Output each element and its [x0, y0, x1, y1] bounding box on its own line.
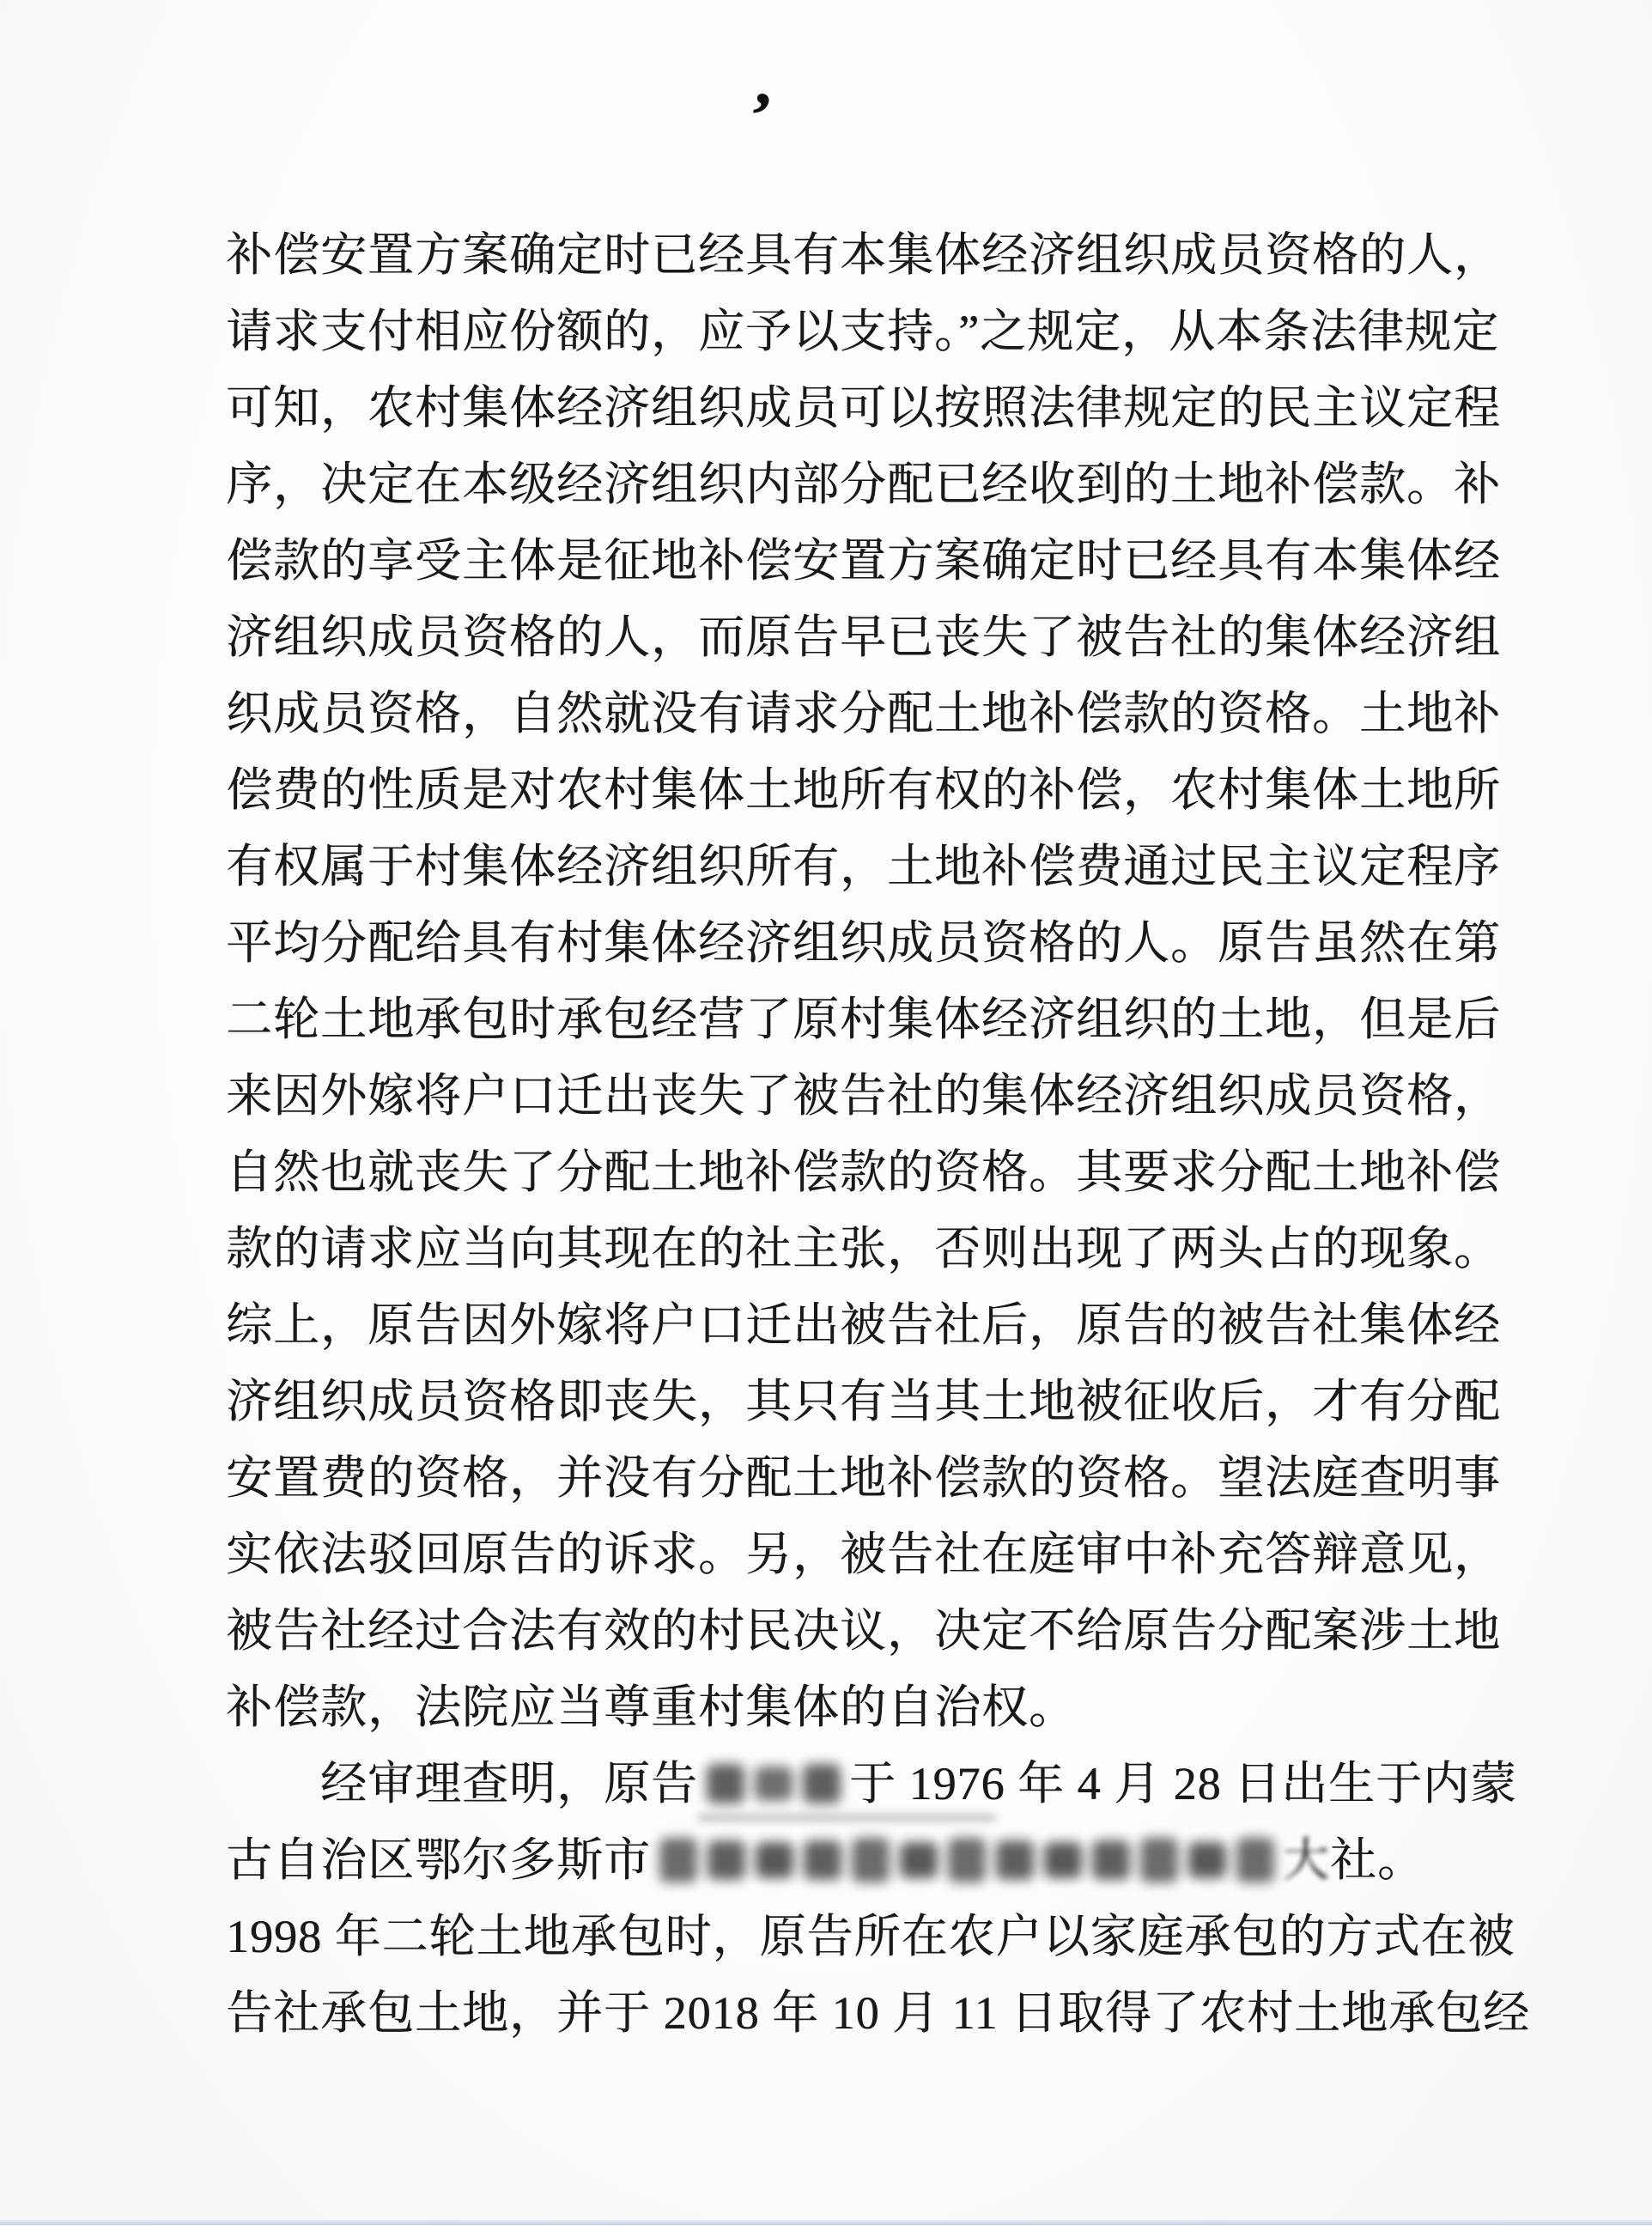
scan-bottom-edge [0, 2220, 1652, 2225]
redaction-blob [1236, 1838, 1274, 1882]
stray-ink-mark: ’ [744, 81, 776, 150]
text-line: 偿款的享受主体是征地补偿安置方案确定时已经具有本集体经 [226, 523, 1574, 599]
text-line: 实依法驳回原告的诉求。另，被告社在庭审中补充答辩意见， [226, 1517, 1574, 1593]
finding-prefix-text: 经审理查明，原告 [320, 1758, 698, 1809]
partially-blurred-character: 大 [1283, 1834, 1330, 1886]
text-line: 序，决定在本级经济组织内部分配已经收到的土地补偿款。补 [226, 447, 1574, 523]
text-line: 安置费的资格，并没有分配土地补偿款的资格。望法庭查明事 [226, 1440, 1574, 1517]
birthplace-prefix-text: 古自治区鄂尔多斯市 [226, 1834, 651, 1886]
text-line: 1998 年二轮土地承包时，原告所在农户以家庭承包的方式在被 [226, 1899, 1574, 1975]
paragraph-defense-argument: 补偿安置方案确定时已经具有本集体经济组织成员资格的人，请求支付相应份额的，应予以… [226, 217, 1574, 1746]
text-line: 补偿安置方案确定时已经具有本集体经济组织成员资格的人， [226, 217, 1574, 294]
text-line: 偿费的性质是对农村集体土地所有权的补偿，农村集体土地所 [226, 752, 1574, 829]
redaction-blob [1188, 1842, 1226, 1878]
text-line: 补偿款，法院应当尊重村集体的自治权。 [226, 1669, 1574, 1746]
redacted-plaintiff-name [707, 1764, 841, 1803]
text-line: 济组织成员资格即丧失，其只有当其土地被征收后，才有分配 [226, 1364, 1574, 1440]
redaction-blob [996, 1840, 1034, 1880]
text-line: 有权属于村集体经济组织所有，土地补偿费通过民主议定程序 [226, 829, 1574, 905]
text-line: 织成员资格，自然就没有请求分配土地补偿款的资格。土地补 [226, 676, 1574, 752]
scan-smudge-under-redaction [697, 1814, 996, 1822]
redaction-blob [900, 1842, 938, 1878]
judgment-text-block: 补偿安置方案确定时已经具有本集体经济组织成员资格的人，请求支付相应份额的，应予以… [226, 217, 1574, 2052]
paragraph-finding-continued: 1998 年二轮土地承包时，原告所在农户以家庭承包的方式在被告社承包土地，并于 … [226, 1899, 1574, 2052]
text-line: 济组织成员资格的人，而原告早已丧失了被告社的集体经济组 [226, 599, 1574, 676]
redaction-blob [852, 1838, 890, 1882]
scanned-document-page: ’ 补偿安置方案确定时已经具有本集体经济组织成员资格的人，请求支付相应份额的，应… [0, 0, 1652, 2226]
redaction-blob [756, 1842, 793, 1878]
text-line: 自然也就丧失了分配土地补偿款的资格。其要求分配土地补偿 [226, 1134, 1574, 1211]
redaction-blob [804, 1840, 841, 1880]
redaction-blob [755, 1767, 793, 1801]
text-line: 请求支付相应份额的，应予以支持。”之规定，从本条法律规定 [226, 294, 1574, 370]
birthplace-suffix-text: 社。 [1330, 1834, 1424, 1886]
text-line: 二轮土地承包时承包经营了原村集体经济组织的土地，但是后 [226, 982, 1574, 1058]
redaction-blob [707, 1764, 744, 1803]
text-line-birthplace: 古自治区鄂尔多斯市大社。 [226, 1822, 1574, 1899]
text-line-finding-start: 经审理查明，原告于 1976 年 4 月 28 日出生于内蒙 [226, 1746, 1574, 1822]
text-line: 平均分配给具有村集体经济组织成员资格的人。原告虽然在第 [226, 905, 1574, 982]
text-line: 被告社经过合法有效的村民决议，决定不给原告分配案涉土地 [226, 1593, 1574, 1669]
text-line: 可知，农村集体经济组织成员可以按照法律规定的民主议定程 [226, 370, 1574, 447]
redaction-blob [803, 1764, 841, 1803]
redaction-blob [1140, 1838, 1178, 1882]
text-line: 来因外嫁将户口迁出丧失了被告社的集体经济组织成员资格， [226, 1058, 1574, 1134]
redaction-blob [948, 1838, 986, 1882]
text-line: 告社承包土地，并于 2018 年 10 月 11 日取得了农村土地承包经 [226, 1975, 1574, 2052]
finding-suffix-text: 于 1976 年 4 月 28 日出生于内蒙 [849, 1758, 1517, 1809]
redacted-birthplace-address [659, 1838, 1274, 1882]
redaction-blob [708, 1840, 745, 1880]
text-line: 综上，原告因外嫁将户口迁出被告社后，原告的被告社集体经 [226, 1287, 1574, 1364]
redaction-blob [1092, 1840, 1130, 1880]
text-line: 款的请求应当向其现在的社主张，否则出现了两头占的现象。 [226, 1211, 1574, 1287]
redaction-blob [1044, 1842, 1082, 1878]
redaction-blob [659, 1838, 697, 1882]
